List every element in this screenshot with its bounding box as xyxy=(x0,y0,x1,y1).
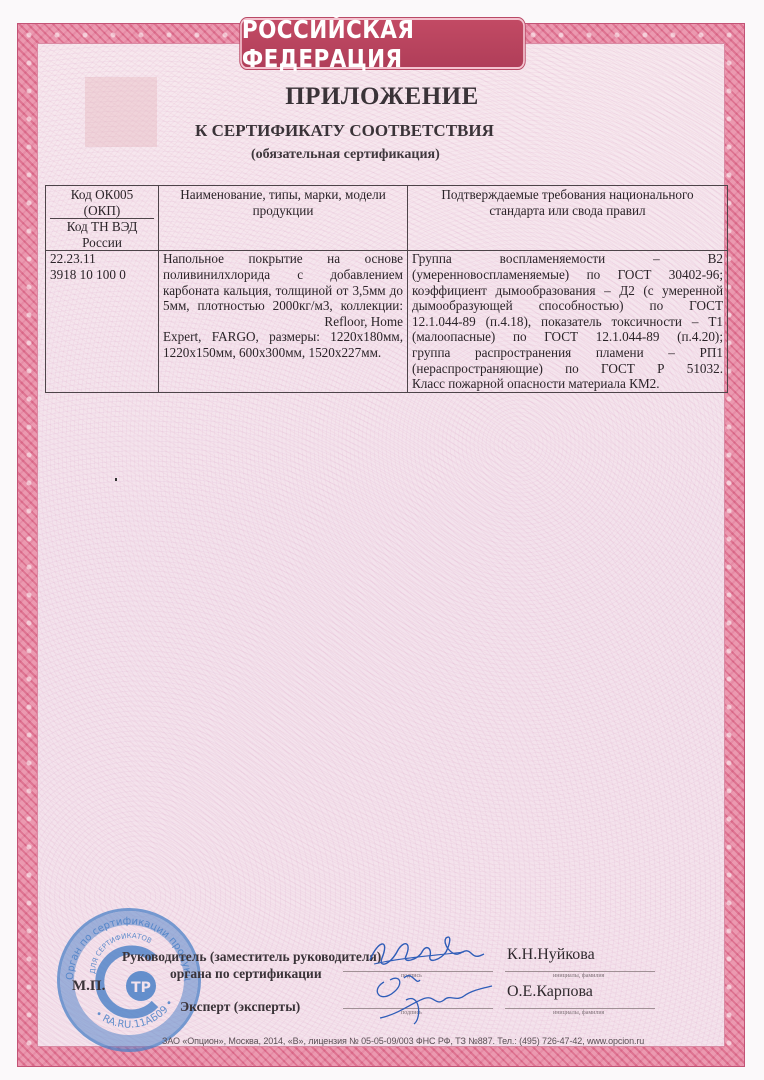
table-row: 22.23.11 3918 10 100 0 Напольное покрыти… xyxy=(46,251,728,392)
document-subtitle: К СЕРТИФИКАТУ СООТВЕТСТВИЯ xyxy=(195,121,494,141)
text-line: (умеренновоспламеняемые) по ГОСТ 30402-9… xyxy=(412,267,723,283)
code-tnved-value: 3918 10 100 0 xyxy=(50,267,154,283)
expert-name: О.Е.Карпова xyxy=(507,983,593,1001)
text-line: Refloor, Home xyxy=(163,314,403,330)
head-name-line xyxy=(505,971,655,972)
text-line: Expert, FARGO, размеры: 1220х180мм, xyxy=(163,329,403,345)
expert-name-caption: инициалы, фамилия xyxy=(553,1010,604,1016)
handwritten-signature-icon xyxy=(360,930,500,1025)
cell-product-description: Напольное покрытие на основеполивинилхло… xyxy=(159,251,408,392)
text-line: Группа воспламеняемости – В2 xyxy=(412,251,723,267)
document-title: ПРИЛОЖЕНИЕ xyxy=(0,83,764,111)
head-name: К.Н.Нуйкова xyxy=(507,946,595,964)
text-line: карбоната кальция, толщиной от 3,5мм до xyxy=(163,283,403,299)
svg-text:ТР: ТР xyxy=(131,980,151,996)
header-code-okp: Код ОК005 (ОКП) xyxy=(50,187,154,218)
text-line: Напольное покрытие на основе xyxy=(163,251,403,267)
scan-speck xyxy=(115,478,117,481)
certificate-table: Код ОК005 (ОКП) Код ТН ВЭД России Наимен… xyxy=(45,185,728,393)
table-header-row: Код ОК005 (ОКП) Код ТН ВЭД России Наимен… xyxy=(46,186,728,251)
expert-role: Эксперт (эксперты) xyxy=(180,999,300,1015)
header-requirements: Подтверждаемые требования национального … xyxy=(408,186,728,251)
certification-type: (обязательная сертификация) xyxy=(251,147,440,163)
text-line: группа распространения пламени – РП1 xyxy=(412,345,723,361)
cell-requirements: Группа воспламеняемости – В2(умеренновос… xyxy=(408,251,728,392)
text-line: 12.1.044-89 (п.4.18), показатель токсичн… xyxy=(412,314,723,330)
text-line: 5мм, плотностью 2000кг/м3, коллекции: xyxy=(163,298,403,314)
head-role-line2: органа по сертификации xyxy=(170,966,322,982)
text-line: Класс пожарной опасности материала КМ2. xyxy=(412,376,723,392)
printer-info: ЗАО «Опцион», Москва, 2014, «В», лицензи… xyxy=(162,1036,644,1046)
cell-codes: 22.23.11 3918 10 100 0 xyxy=(46,251,159,392)
head-role-line1: Руководитель (заместитель руководителя) xyxy=(122,949,381,965)
stamp-place-label: М.П. xyxy=(72,978,105,995)
country-banner: РОССИЙСКАЯ ФЕДЕРАЦИЯ xyxy=(242,20,523,67)
header-product: Наименование, типы, марки, модели продук… xyxy=(159,186,408,251)
text-line: дымообразующей способностью) по ГОСТ xyxy=(412,298,723,314)
header-code-tnved: Код ТН ВЭД России xyxy=(50,218,154,250)
head-name-caption: инициалы, фамилия xyxy=(553,973,604,979)
text-line: 1220х150мм, 600х300мм, 1520х227мм. xyxy=(163,345,403,361)
text-line: (малоопасные) по ГОСТ 12.1.044-89 (п.4.2… xyxy=(412,329,723,345)
expert-name-line xyxy=(505,1008,655,1009)
header-codes: Код ОК005 (ОКП) Код ТН ВЭД России xyxy=(46,186,159,251)
text-line: коэффициент дымообразования – Д2 (с умер… xyxy=(412,283,723,299)
text-line: поливинилхлорида с добавлением xyxy=(163,267,403,283)
code-okp-value: 22.23.11 xyxy=(50,251,154,267)
text-line: (нераспространяющие) по ГОСТ Р 51032. xyxy=(412,361,723,377)
